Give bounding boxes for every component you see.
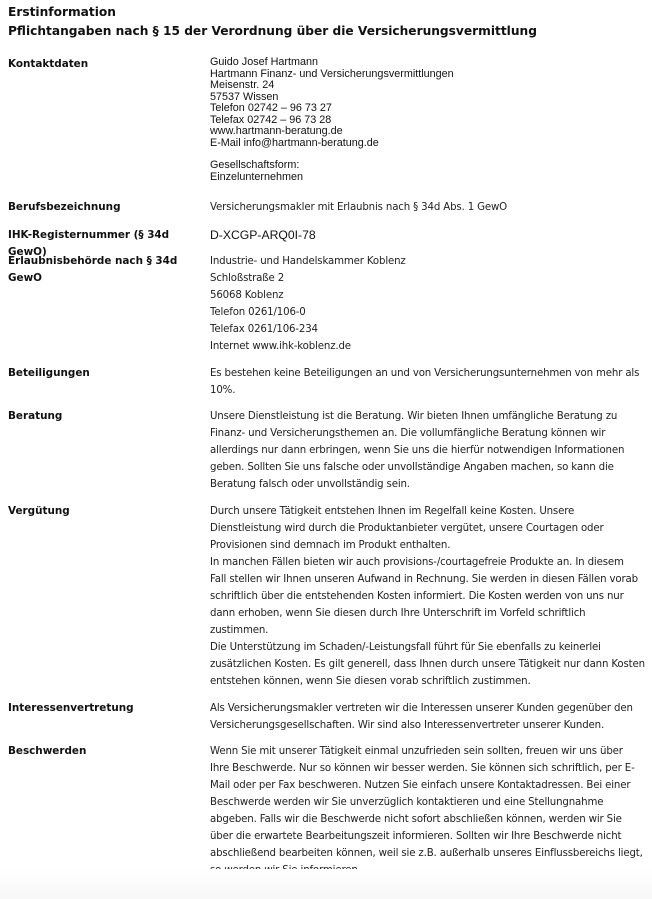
- text-line: abschließend bearbeiten können, weil sie…: [210, 845, 642, 862]
- company-form-label: Gesellschaftsform:: [210, 160, 642, 172]
- authority-details: Industrie- und Handelskammer Koblenz Sch…: [210, 253, 642, 355]
- section-label: Vergütung: [8, 503, 203, 520]
- text-line: Versicherungsgesellschaften. Wir sind al…: [210, 717, 642, 734]
- text-line: Als Versicherungsmakler vertreten wir di…: [210, 700, 642, 717]
- section-text: Es bestehen keine Beteiligungen an und v…: [210, 365, 642, 399]
- text-line: allerdings nur dann erbringen, wenn Sie …: [210, 442, 642, 459]
- text-line: dann erhoben, wenn Sie diesen durch Ihre…: [210, 605, 642, 622]
- contact-website: www.hartmann-beratung.de: [210, 126, 642, 138]
- text-line: entstehen können, wenn Sie diesen vorab …: [210, 673, 642, 690]
- text-line: geben. Sollten Sie uns falsche oder unvo…: [210, 459, 642, 476]
- authority-phone: Telefon 0261/106-0: [210, 304, 642, 321]
- authority-city: 56068 Koblenz: [210, 287, 642, 304]
- contact-street: Meisenstr. 24: [210, 80, 642, 92]
- section-label: Beschwerden: [8, 743, 203, 760]
- section-label: Interessenvertretung: [8, 700, 203, 717]
- text-line: Finanz- und Versicherungsthemen an. Die …: [210, 425, 642, 442]
- section-text: Durch unsere Tätigkeit entstehen Ihnen i…: [210, 503, 642, 690]
- section-label: Erlaubnisbehörde nach § 34d GewO: [8, 253, 203, 287]
- text-line: schriftlich über die entstehenden Kosten…: [210, 588, 642, 605]
- text-line: zustimmen.: [210, 622, 642, 639]
- text-line: über die erwartete Bearbeitungszeit info…: [210, 828, 642, 845]
- section-text: Als Versicherungsmakler vertreten wir di…: [210, 700, 642, 734]
- register-number: D-XCGP-ARQ0I-78: [210, 227, 642, 244]
- authority-name: Industrie- und Handelskammer Koblenz: [210, 253, 642, 270]
- text-line: Es bestehen keine Beteiligungen an und v…: [210, 365, 642, 382]
- section-text: Wenn Sie mit unserer Tätigkeit einmal un…: [210, 743, 642, 879]
- contact-details: Guido Josef Hartmann Hartmann Finanz- un…: [210, 57, 642, 183]
- bottom-fade: [0, 869, 652, 899]
- section-text: Unsere Dienstleistung ist die Beratung. …: [210, 408, 642, 493]
- text-line: Ihre Beschwerde. Nur so können wir besse…: [210, 760, 642, 777]
- text-line: 10%.: [210, 382, 642, 399]
- authority-fax: Telefax 0261/106-234: [210, 321, 642, 338]
- authority-street: Schloßstraße 2: [210, 270, 642, 287]
- text-line: Fall stellen wir Ihnen unseren Aufwand i…: [210, 571, 642, 588]
- page-subtitle: Pflichtangaben nach § 15 der Verordnung …: [8, 22, 648, 41]
- text-line: In manchen Fällen bieten wir auch provis…: [210, 554, 642, 571]
- document-page: Erstinformation Pflichtangaben nach § 15…: [8, 0, 648, 41]
- section-label: Beteiligungen: [8, 365, 203, 382]
- section-label: Berufsbezeichnung: [8, 199, 203, 216]
- text-line: Beratung falsch oder unvollständig sein.: [210, 476, 642, 493]
- text-line: abgeben. Falls wir die Beschwerde nicht …: [210, 811, 642, 828]
- text-line: Unsere Dienstleistung ist die Beratung. …: [210, 408, 642, 425]
- section-value: Versicherungsmakler mit Erlaubnis nach §…: [210, 199, 642, 216]
- text-line: Dienstleistung wird durch die Produktanb…: [210, 520, 642, 537]
- text-line: Mail oder per Fax beschweren. Nutzen Sie…: [210, 777, 642, 794]
- contact-email: E-Mail info@hartmann-beratung.de: [210, 138, 642, 150]
- contact-name: Guido Josef Hartmann: [210, 57, 642, 69]
- contact-phone: Telefon 02742 – 96 73 27: [210, 103, 642, 115]
- company-form-value: Einzelunternehmen: [210, 172, 642, 184]
- section-label: Beratung: [8, 408, 203, 425]
- contact-company: Hartmann Finanz- und Versicherungsvermit…: [210, 69, 642, 81]
- text-line: zusätzlichen Kosten. Es gilt generell, d…: [210, 656, 642, 673]
- section-label: Kontaktdaten: [8, 56, 203, 73]
- text-line: Provisionen sind demnach im Produkt enth…: [210, 537, 642, 554]
- text-line: Durch unsere Tätigkeit entstehen Ihnen i…: [210, 503, 642, 520]
- text-line: Beschwerde werden wir Sie unverzüglich k…: [210, 794, 642, 811]
- page-title: Erstinformation: [8, 3, 648, 22]
- text-line: Wenn Sie mit unserer Tätigkeit einmal un…: [210, 743, 642, 760]
- text-line: Die Unterstützung im Schaden/-Leistungsf…: [210, 639, 642, 656]
- authority-website: Internet www.ihk-koblenz.de: [210, 338, 642, 355]
